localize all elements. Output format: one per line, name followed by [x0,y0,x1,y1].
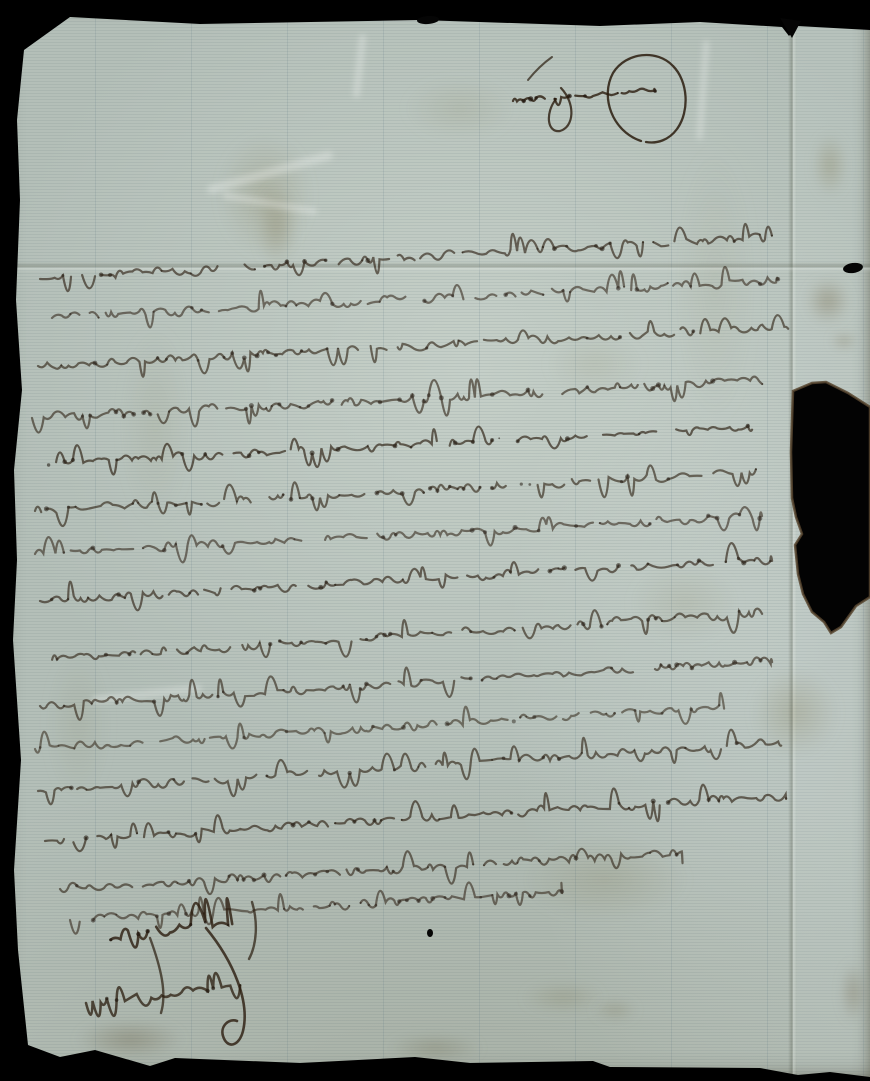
ink-blot [228,875,231,878]
ink-blot [667,282,669,284]
ink-blot [67,506,70,509]
signature-tail-stroke [150,938,163,1013]
ink-blot [634,709,637,712]
ink-blot [84,835,89,840]
ink-blot [490,392,495,397]
ink-blot [162,548,166,552]
ink-blot [469,630,472,633]
ink-blot [510,811,514,815]
ink-blot [635,287,640,292]
ink-blot [47,463,50,466]
ink-blot [735,741,739,745]
ink-blot [63,705,65,707]
ink-blot [534,96,538,100]
ink-blot [285,305,288,308]
ink-blot [223,356,226,359]
ink-blot [324,732,326,734]
ink-blot [661,712,664,715]
ink-blot [75,506,77,508]
ink-blot [456,488,458,490]
ink-blot [299,406,302,409]
ink-blot [337,348,339,350]
ink-blot [365,638,368,641]
ink-blot [58,745,60,747]
ink-blot [108,273,112,277]
ink-blot [458,340,460,342]
ink-blot [265,775,268,778]
ink-blot [115,914,117,916]
ink-blot [382,633,387,638]
ink-blot [313,872,317,876]
ink-blot [75,884,78,887]
ink-blot [278,639,282,643]
ink-blot [244,407,248,411]
handwriting-line [35,507,762,562]
ink-blot [478,486,481,489]
ink-blot [562,289,565,292]
ink-blot [490,486,494,490]
ink-blot [190,273,192,275]
ink-blot [334,903,337,906]
ink-blot [190,306,193,309]
ink-blot [307,820,311,824]
ink-blot [348,905,350,907]
ink-blot [152,700,156,704]
ink-blot [247,453,252,458]
ink-blot [236,878,239,881]
edge-damage-spot [842,262,863,275]
ink-blot [526,388,531,393]
ink-blot [583,94,587,98]
ink-blot [255,353,260,358]
ink-blot [710,378,715,383]
ink-blot [427,393,431,397]
ink-blot [148,412,152,416]
handwriting-line [40,657,772,719]
ink-blot [717,799,720,802]
ink-blot [203,452,207,456]
ink-blot [300,349,303,352]
ink-blot [656,382,661,387]
ink-blot [283,908,285,910]
ink-blot [87,597,89,599]
ink-blot [56,658,59,661]
ink-blot [392,870,395,873]
ink-blot [418,766,420,768]
ink-blot [565,436,570,441]
ink-blot [755,468,757,470]
ink-blot [738,610,741,613]
ink-blot [349,683,351,685]
ink-blot [410,446,413,449]
ink-blot [605,713,607,715]
ink-blot [628,807,630,809]
letter-body-mirrored-text [32,224,788,934]
ink-blot [469,676,473,680]
handwriting-line [32,377,762,433]
handwriting-layer [0,0,870,1081]
ink-blot [758,658,762,662]
ink-blot [262,873,267,878]
ink-blot [706,514,710,518]
ink-blot [746,424,750,428]
photo-stage [0,0,870,1081]
ink-blot [156,356,159,359]
ink-blot [155,914,159,918]
ink-blot [620,480,623,483]
ink-blot [502,757,506,761]
ink-blot [378,400,382,404]
ink-blot [131,412,136,417]
ink-blot [562,565,567,570]
ink-blot [557,568,559,570]
ink-blot [153,311,155,313]
ink-blot [329,905,331,907]
ink-blot [367,445,369,447]
handwriting-line [40,543,772,610]
handwriting-line [45,785,786,851]
ink-blot [610,667,613,670]
ink-blot [334,584,336,586]
ink-blot [310,451,315,456]
ink-blot [606,623,608,625]
ink-blot [618,802,621,805]
ink-blot [741,560,746,565]
ink-blot [98,317,100,319]
ink-blot [422,399,426,403]
ink-blot [91,918,96,923]
ink-blot [326,870,330,874]
ink-blot [63,551,66,554]
ink-blot [116,592,121,597]
ink-blot [254,268,256,270]
ink-blot [141,410,146,415]
ink-blot [472,863,474,865]
ink-blot [91,702,93,704]
ink-blot [127,652,131,656]
ink-blot [667,477,671,481]
ink-blot [651,799,656,804]
ink-blot [581,622,585,626]
ink-blot [249,403,254,408]
ink-blot [471,440,475,444]
ink-blot [380,819,383,822]
ink-blot [88,414,92,418]
ink-blot [552,246,557,251]
ink-blot [307,404,311,408]
edge-damage-spot [780,18,801,38]
ink-blot [185,651,189,655]
ink-blot [230,351,234,355]
ink-blot [397,899,401,903]
ink-blot [324,642,327,645]
ink-blot [194,832,197,835]
ink-blot [490,438,494,442]
ink-blot [586,385,590,389]
ink-blot [483,864,485,866]
ink-blot [282,689,284,691]
ink-blot [619,386,621,388]
ink-blot [518,759,521,762]
ink-blot [479,896,482,899]
ink-blot [187,879,191,883]
ink-blot [642,241,644,243]
ink-blot [718,704,720,706]
ink-blot [674,616,676,618]
ink-blot [242,356,247,361]
ink-blot [302,259,307,264]
ink-blot [93,361,98,366]
ink-blot [50,598,53,601]
ink-blot [737,557,740,560]
ink-blot [618,335,622,339]
ink-blot [393,444,398,449]
ink-blot [725,561,728,564]
ink-blot [318,585,323,590]
ink-blot [39,746,42,749]
ink-blot [67,598,69,600]
ink-blot [733,240,736,243]
ink-blot [342,685,345,688]
ink-blot [291,823,296,828]
ink-blot [560,889,565,894]
ink-blot [650,386,655,391]
ink-blot [285,730,288,733]
ink-blot [252,588,257,593]
ink-blot [99,273,104,278]
ink-blot [336,447,341,452]
ink-blot [200,308,203,311]
ink-blot [325,581,328,584]
ink-blot [285,874,288,877]
edge-damage-spot [417,15,440,25]
ink-blot [738,513,741,516]
ink-blot [394,533,398,537]
ink-blot [451,294,454,297]
ink-blot [659,663,662,666]
ink-blot [115,458,118,461]
ink-blot [71,458,75,462]
ink-blot [616,563,621,568]
ink-blot [103,916,105,918]
ink-blot [62,460,67,465]
ink-blot [365,258,370,263]
ink-blot [483,530,487,534]
ink-blot [528,894,531,897]
ink-blot [299,641,303,645]
ink-blot [684,747,686,749]
ink-blot [105,997,108,1000]
ink-blot [115,998,119,1002]
ink-blot [757,516,762,521]
ink-blot [86,789,88,791]
ink-blot [334,822,336,824]
handwriting-line [38,315,788,377]
ink-blot [206,989,210,993]
ink-blot [268,642,272,646]
ink-blot [356,867,360,871]
ink-blot [542,756,546,760]
ink-blot [242,878,246,882]
ink-blot [136,932,140,936]
ink-blot [271,405,273,407]
ink-blot [180,452,184,456]
handwriting-line [35,465,756,526]
ink-blot [520,483,523,486]
tear-hole [791,382,870,633]
ink-blot [397,397,402,402]
ink-blot [617,92,619,94]
ink-blot [236,500,238,502]
ink-blot [453,441,458,446]
ink-blot [401,725,406,730]
ink-blot [519,716,521,718]
handwriting-line [52,267,778,327]
ink-blot [690,666,695,671]
ink-blot [638,433,641,436]
ink-blot [73,747,75,749]
ink-blot [652,241,654,243]
ink-blot [542,294,544,296]
ink-blot [599,522,601,524]
ink-blot [359,687,362,690]
ink-blot [204,921,207,924]
ink-blot [109,938,112,941]
heading-inscription-mirrored [513,55,686,142]
ink-blot [431,632,433,634]
ink-blot [528,483,531,486]
heading-flourish-stroke [608,55,686,142]
ink-blot [646,618,650,622]
ink-blot [410,393,415,398]
ink-blot [197,359,200,362]
ink-blot [761,383,763,385]
ink-blot [481,679,484,682]
ink-blot [360,902,362,904]
ink-blot [427,866,429,868]
ink-blot [371,725,375,729]
ink-blot [375,635,379,639]
ink-blot [491,759,493,761]
ink-blot [732,660,737,665]
ink-blot [175,833,177,835]
ink-blot [388,632,392,636]
ink-blot [263,265,266,268]
ink-blot [310,496,314,500]
heading-flourish-stroke [528,57,552,80]
handwriting-line [38,730,781,805]
ink-blot [294,538,296,540]
ink-blot [61,274,64,277]
ink-blot [462,487,466,491]
ink-blot [462,252,464,254]
ink-blot [528,96,533,101]
ink-blot [104,653,108,657]
ink-blot [493,576,496,579]
ink-blot [265,407,267,409]
ink-blot [242,736,246,740]
ink-blot [106,364,108,366]
ink-blot [557,757,561,761]
ink-blot [425,346,428,349]
ink-blot [574,856,579,861]
ink-blot [470,528,475,533]
ink-blot [91,546,96,551]
ink-blot [537,248,539,250]
ink-blot [769,560,772,563]
ink-blot [124,597,126,599]
ink-blot [785,797,787,799]
ink-blot [608,242,611,245]
ink-blot [771,235,773,237]
ink-blot [513,629,515,631]
ink-blot [600,246,605,251]
ink-blot [200,503,203,506]
signature-flourish-mirrored [86,898,256,1044]
ink-blot [444,866,447,869]
ink-blot [525,716,527,718]
ink-blot [165,358,168,361]
ink-blot [422,299,426,303]
ink-blot [569,291,571,293]
ink-blot [81,415,84,418]
ink-blot [649,852,651,854]
ink-blot [151,501,153,503]
ink-blot [330,398,335,403]
ink-blot [574,524,578,528]
ink-blot [522,99,526,103]
ink-blot [416,899,420,903]
ink-blot [299,497,301,499]
ink-blot [259,642,261,644]
ink-blot [372,818,376,822]
ink-blot [338,494,340,496]
ink-blot [110,834,113,837]
ink-blot [152,653,154,655]
ink-blot [400,491,405,496]
ink-blot [513,525,518,530]
ink-blot [227,924,229,926]
ink-blot [438,818,440,820]
ink-blot [444,896,447,899]
ink-blot [661,620,663,622]
ink-blot [122,414,127,419]
ink-blot [401,819,403,821]
ink-blot [393,768,396,771]
ink-blot [707,798,711,802]
ink-blot [136,832,138,834]
ink-blot [69,313,71,315]
ink-blot [146,929,150,933]
ink-blot [666,800,671,805]
ink-blot [44,506,49,511]
ink-blot [348,771,352,775]
ink-blot [168,411,170,413]
ink-blot [379,301,381,303]
ink-blot [753,560,755,562]
ink-blot [676,563,679,566]
ink-blot [516,439,520,443]
ink-blot [156,502,159,505]
ink-blot [532,715,536,719]
ink-blot [295,304,297,306]
ink-blot [537,529,541,533]
ink-blot [216,695,219,698]
ink-blot [114,410,119,415]
ink-blot [625,474,630,479]
ink-blot [599,624,603,628]
ink-blot [60,365,62,367]
